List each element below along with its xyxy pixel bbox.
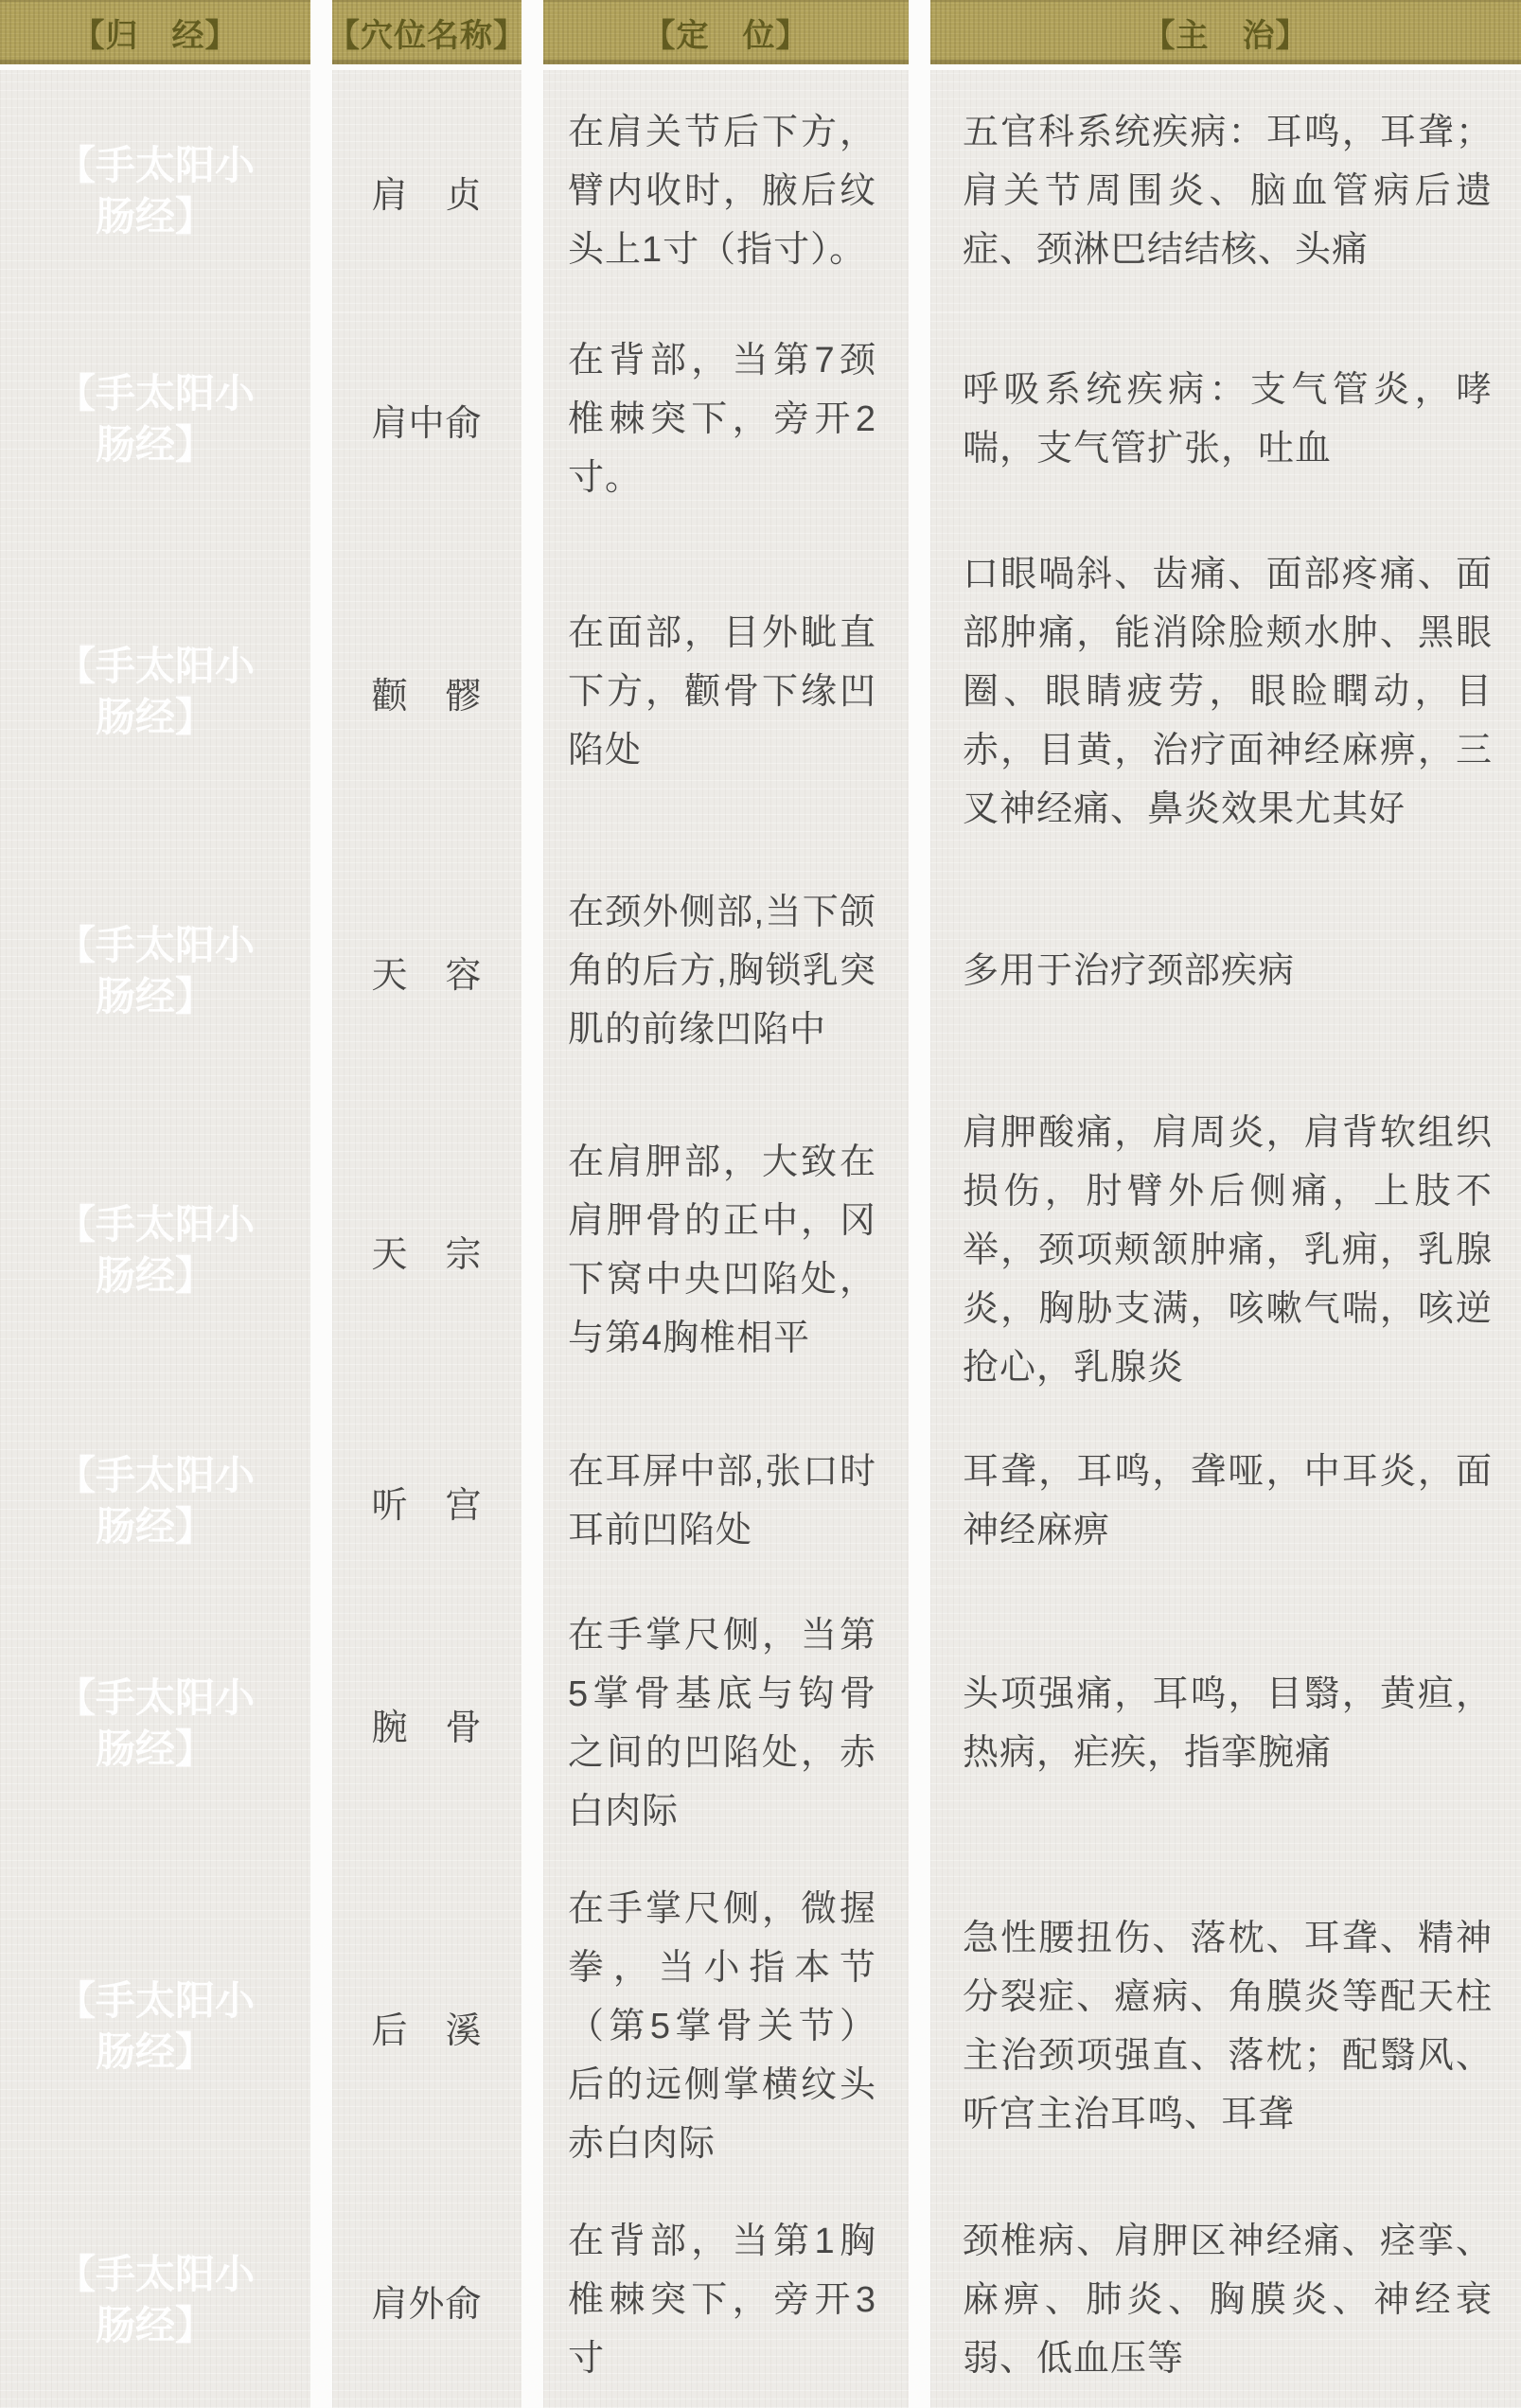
header-cell-location: 【定 位】 — [543, 0, 909, 64]
meridian-cell: 【手太阳小肠经】 — [0, 1861, 310, 2192]
acupoint-name-cell: 肩外俞 — [332, 2192, 522, 2408]
location-cell: 在手掌尺侧，微握拳，当小指本节（第5掌骨关节）后的远侧掌横纹头赤白肉际 — [543, 1861, 909, 2192]
acupoint-name-cell: 肩 贞 — [332, 70, 522, 312]
table-row: 【手太阳小肠经】 颧 髎 在面部，目外眦直下方，颧骨下缘凹陷处 口眼喎斜、齿痛、… — [0, 526, 1521, 858]
meridian-label: 【手太阳小肠经】 — [49, 1450, 262, 1552]
location-text: 在肩关节后下方，臂内收时，腋后纹头上1寸（指寸）。 — [568, 103, 876, 279]
meridian-cell: 【手太阳小肠经】 — [0, 1085, 310, 1416]
meridian-label: 【手太阳小肠经】 — [49, 2249, 262, 2351]
acupoint-name-cell: 腕 骨 — [332, 1586, 522, 1861]
location-text: 在手掌尺侧，当第5掌骨基底与钩骨之间的凹陷处，赤白肉际 — [568, 1606, 876, 1841]
acupoint-name-cell: 听 宫 — [332, 1416, 522, 1586]
location-cell: 在肩胛部，大致在肩胛骨的正中，冈下窝中央凹陷处，与第4胸椎相平 — [543, 1085, 909, 1416]
location-text: 在手掌尺侧，微握拳，当小指本节（第5掌骨关节）后的远侧掌横纹头赤白肉际 — [568, 1880, 876, 2173]
table-row: 【手太阳小肠经】 天 宗 在肩胛部，大致在肩胛骨的正中，冈下窝中央凹陷处，与第4… — [0, 1085, 1521, 1416]
meridian-cell: 【手太阳小肠经】 — [0, 70, 310, 312]
acupoint-name-cell: 肩中俞 — [332, 312, 522, 526]
indications-cell: 肩胛酸痛，肩周炎，肩背软组织损伤，肘臂外后侧痛，上肢不举，颈项颊颔肿痛，乳痈，乳… — [930, 1085, 1521, 1416]
meridian-cell: 【手太阳小肠经】 — [0, 312, 310, 526]
location-cell: 在面部，目外眦直下方，颧骨下缘凹陷处 — [543, 526, 909, 858]
location-cell: 在背部，当第7颈椎棘突下，旁开2寸。 — [543, 312, 909, 526]
location-text: 在背部，当第7颈椎棘突下，旁开2寸。 — [568, 331, 876, 507]
location-cell: 在手掌尺侧，当第5掌骨基底与钩骨之间的凹陷处，赤白肉际 — [543, 1586, 909, 1861]
acupoint-name-cell: 颧 髎 — [332, 526, 522, 858]
location-cell: 在耳屏中部,张口时耳前凹陷处 — [543, 1416, 909, 1586]
location-text: 在耳屏中部,张口时耳前凹陷处 — [568, 1443, 876, 1560]
indications-cell: 呼吸系统疾病：支气管炎，哮喘，支气管扩张，吐血 — [930, 312, 1521, 526]
location-text: 在面部，目外眦直下方，颧骨下缘凹陷处 — [568, 604, 876, 780]
header-cell-name: 【穴位名称】 — [332, 0, 522, 64]
indications-text: 肩胛酸痛，肩周炎，肩背软组织损伤，肘臂外后侧痛，上肢不举，颈项颊颔肿痛，乳痈，乳… — [963, 1104, 1493, 1397]
indications-text: 颈椎病、肩胛区神经痛、痉挛、麻痹、肺炎、胸膜炎、神经衰弱、低血压等 — [963, 2212, 1493, 2388]
location-text: 在肩胛部，大致在肩胛骨的正中，冈下窝中央凹陷处，与第4胸椎相平 — [568, 1133, 876, 1368]
indications-text: 头项强痛，耳鸣，目翳，黄疸，热病，疟疾，指挛腕痛 — [963, 1665, 1493, 1782]
location-cell: 在颈外侧部,当下颌角的后方,胸锁乳突肌的前缘凹陷中 — [543, 858, 909, 1085]
meridian-label: 【手太阳小肠经】 — [49, 1199, 262, 1301]
indications-cell: 五官科系统疾病：耳鸣，耳聋；肩关节周围炎、脑血管病后遗症、颈淋巴结结核、头痛 — [930, 70, 1521, 312]
acupoint-table: 【归 经】 【穴位名称】 【定 位】 【主 治】 【手太阳小肠经】 肩 贞 在肩… — [0, 0, 1521, 2408]
indications-text: 五官科系统疾病：耳鸣，耳聋；肩关节周围炎、脑血管病后遗症、颈淋巴结结核、头痛 — [963, 103, 1493, 279]
indications-cell: 颈椎病、肩胛区神经痛、痉挛、麻痹、肺炎、胸膜炎、神经衰弱、低血压等 — [930, 2192, 1521, 2408]
meridian-cell: 【手太阳小肠经】 — [0, 2192, 310, 2408]
indications-text: 多用于治疗颈部疾病 — [963, 942, 1295, 1000]
indications-cell: 多用于治疗颈部疾病 — [930, 858, 1521, 1085]
header-cell-indications: 【主 治】 — [930, 0, 1521, 64]
indications-cell: 头项强痛，耳鸣，目翳，黄疸，热病，疟疾，指挛腕痛 — [930, 1586, 1521, 1861]
meridian-cell: 【手太阳小肠经】 — [0, 1416, 310, 1586]
table-row: 【手太阳小肠经】 听 宫 在耳屏中部,张口时耳前凹陷处 耳聋，耳鸣，聋哑，中耳炎… — [0, 1416, 1521, 1586]
indications-cell: 口眼喎斜、齿痛、面部疼痛、面部肿痛，能消除脸颊水肿、黑眼圈、眼睛疲劳，眼睑瞤动，… — [930, 526, 1521, 858]
indications-cell: 急性腰扭伤、落枕、耳聋、精神分裂症、癔病、角膜炎等配天柱主治颈项强直、落枕；配翳… — [930, 1861, 1521, 2192]
acupoint-name-cell: 天 宗 — [332, 1085, 522, 1416]
location-cell: 在肩关节后下方，臂内收时，腋后纹头上1寸（指寸）。 — [543, 70, 909, 312]
meridian-label: 【手太阳小肠经】 — [49, 920, 262, 1022]
acupoint-name-cell: 后 溪 — [332, 1861, 522, 2192]
table-row: 【手太阳小肠经】 肩中俞 在背部，当第7颈椎棘突下，旁开2寸。 呼吸系统疾病：支… — [0, 312, 1521, 526]
table-row: 【手太阳小肠经】 腕 骨 在手掌尺侧，当第5掌骨基底与钩骨之间的凹陷处，赤白肉际… — [0, 1586, 1521, 1861]
indications-text: 急性腰扭伤、落枕、耳聋、精神分裂症、癔病、角膜炎等配天柱主治颈项强直、落枕；配翳… — [963, 1909, 1493, 2144]
meridian-label: 【手太阳小肠经】 — [49, 1673, 262, 1775]
acupoint-name-cell: 天 容 — [332, 858, 522, 1085]
meridian-label: 【手太阳小肠经】 — [49, 641, 262, 743]
location-cell: 在背部，当第1胸椎棘突下，旁开3寸 — [543, 2192, 909, 2408]
location-text: 在背部，当第1胸椎棘突下，旁开3寸 — [568, 2212, 876, 2388]
indications-text: 口眼喎斜、齿痛、面部疼痛、面部肿痛，能消除脸颊水肿、黑眼圈、眼睛疲劳，眼睑瞤动，… — [963, 545, 1493, 839]
meridian-label: 【手太阳小肠经】 — [49, 368, 262, 470]
table-row: 【手太阳小肠经】 天 容 在颈外侧部,当下颌角的后方,胸锁乳突肌的前缘凹陷中 多… — [0, 858, 1521, 1085]
indications-cell: 耳聋，耳鸣，聋哑，中耳炎，面神经麻痹 — [930, 1416, 1521, 1586]
meridian-cell: 【手太阳小肠经】 — [0, 858, 310, 1085]
indications-text: 呼吸系统疾病：支气管炎，哮喘，支气管扩张，吐血 — [963, 361, 1493, 478]
table-row: 【手太阳小肠经】 肩外俞 在背部，当第1胸椎棘突下，旁开3寸 颈椎病、肩胛区神经… — [0, 2192, 1521, 2408]
table-row: 【手太阳小肠经】 肩 贞 在肩关节后下方，臂内收时，腋后纹头上1寸（指寸）。 五… — [0, 70, 1521, 312]
meridian-cell: 【手太阳小肠经】 — [0, 1586, 310, 1861]
header-cell-meridian: 【归 经】 — [0, 0, 310, 64]
meridian-cell: 【手太阳小肠经】 — [0, 526, 310, 858]
meridian-label: 【手太阳小肠经】 — [49, 1975, 262, 2078]
table-header-row: 【归 经】 【穴位名称】 【定 位】 【主 治】 — [0, 0, 1521, 64]
meridian-label: 【手太阳小肠经】 — [49, 140, 262, 242]
table-row: 【手太阳小肠经】 后 溪 在手掌尺侧，微握拳，当小指本节（第5掌骨关节）后的远侧… — [0, 1861, 1521, 2192]
indications-text: 耳聋，耳鸣，聋哑，中耳炎，面神经麻痹 — [963, 1443, 1493, 1560]
location-text: 在颈外侧部,当下颌角的后方,胸锁乳突肌的前缘凹陷中 — [568, 883, 876, 1059]
